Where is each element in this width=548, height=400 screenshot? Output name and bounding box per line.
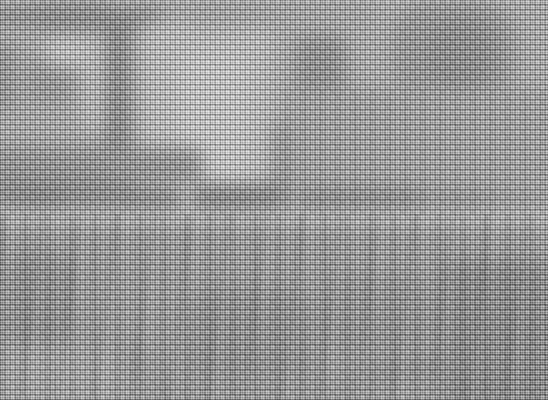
grain-overlay [0,0,548,400]
halftone-photo-canvas [0,0,548,400]
